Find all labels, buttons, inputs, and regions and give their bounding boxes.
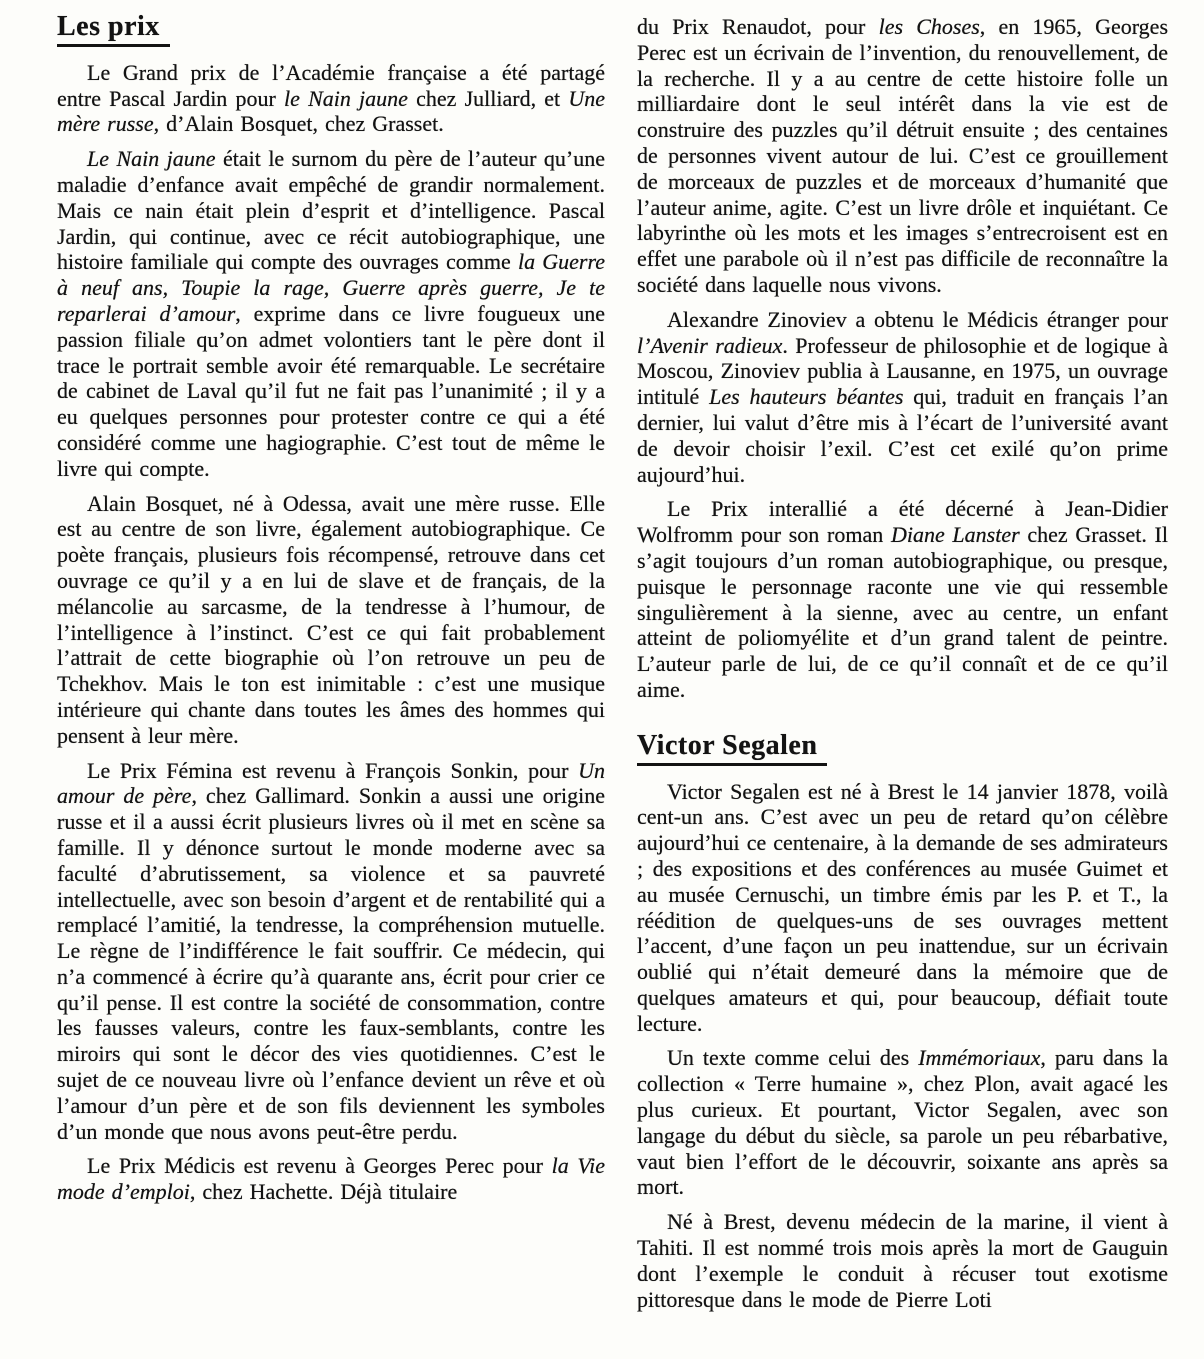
text-run: , en 1965, Georges Perec est un écrivain…	[637, 14, 1168, 297]
paragraph: Victor Segalen est né à Brest le 14 janv…	[637, 779, 1168, 1037]
paragraph: du Prix Renaudot, pour les Choses, en 19…	[637, 14, 1168, 298]
book-title: le Nain jaune	[284, 86, 408, 111]
column-right: du Prix Renaudot, pour les Choses, en 19…	[637, 14, 1168, 1359]
text-run: , chez Hachette. Déjà titulaire	[190, 1179, 457, 1204]
book-title: Le Nain jaune	[87, 146, 216, 171]
paragraph: Le Nain jaune était le surnom du père de…	[57, 146, 605, 481]
text-run: chez Julliard, et	[408, 86, 568, 111]
book-title: l’Avenir radieux	[637, 333, 782, 358]
paragraph: Né à Brest, devenu médecin de la marine,…	[637, 1209, 1168, 1312]
paragraph: Le Prix interallié a été décerné à Jean-…	[637, 496, 1168, 702]
text-run: Alain Bosquet, né à Odessa, avait une mè…	[57, 491, 605, 748]
text-run: Victor Segalen est né à Brest le 14 janv…	[637, 779, 1168, 1036]
text-run: Le Prix Médicis est revenu à Georges Per…	[87, 1153, 552, 1178]
text-run: Alexandre Zinoviev a obtenu le Médicis é…	[667, 307, 1168, 332]
section-heading-text: Les prix	[57, 14, 170, 47]
paragraph: Le Grand prix de l’Académie française a …	[57, 60, 605, 137]
section-heading: Les prix	[57, 14, 605, 47]
paragraph: Le Prix Fémina est revenu à François Son…	[57, 758, 605, 1145]
section-heading-text: Victor Segalen	[637, 733, 827, 766]
book-title: les Choses	[879, 14, 980, 39]
paragraph: Alexandre Zinoviev a obtenu le Médicis é…	[637, 307, 1168, 488]
text-run: , exprime dans ce livre fougueux une pas…	[57, 301, 605, 481]
text-run: Le Prix Fémina est revenu à François Son…	[87, 758, 578, 783]
text-run: , d’Alain Bosquet, chez Grasset.	[154, 111, 444, 136]
column-left: Les prixLe Grand prix de l’Académie fran…	[57, 14, 605, 1359]
text-run: Né à Brest, devenu médecin de la marine,…	[637, 1209, 1168, 1311]
book-title: Immémoriaux	[918, 1045, 1040, 1070]
book-title: Diane Lanster	[891, 522, 1020, 547]
text-run: du Prix Renaudot, pour	[637, 14, 879, 39]
text-run: Un texte comme celui des	[667, 1045, 918, 1070]
paragraph: Alain Bosquet, né à Odessa, avait une mè…	[57, 491, 605, 749]
text-run: , chez Gallimard. Sonkin a aussi une ori…	[57, 783, 605, 1143]
book-title: Les hauteurs béantes	[709, 384, 903, 409]
article-page: Les prixLe Grand prix de l’Académie fran…	[0, 0, 1204, 1359]
text-run: chez Grasset. Il s’agit toujours d’un ro…	[637, 522, 1168, 702]
section-heading: Victor Segalen	[637, 733, 1168, 766]
paragraph: Le Prix Médicis est revenu à Georges Per…	[57, 1153, 605, 1205]
paragraph: Un texte comme celui des Immémoriaux, pa…	[637, 1045, 1168, 1200]
